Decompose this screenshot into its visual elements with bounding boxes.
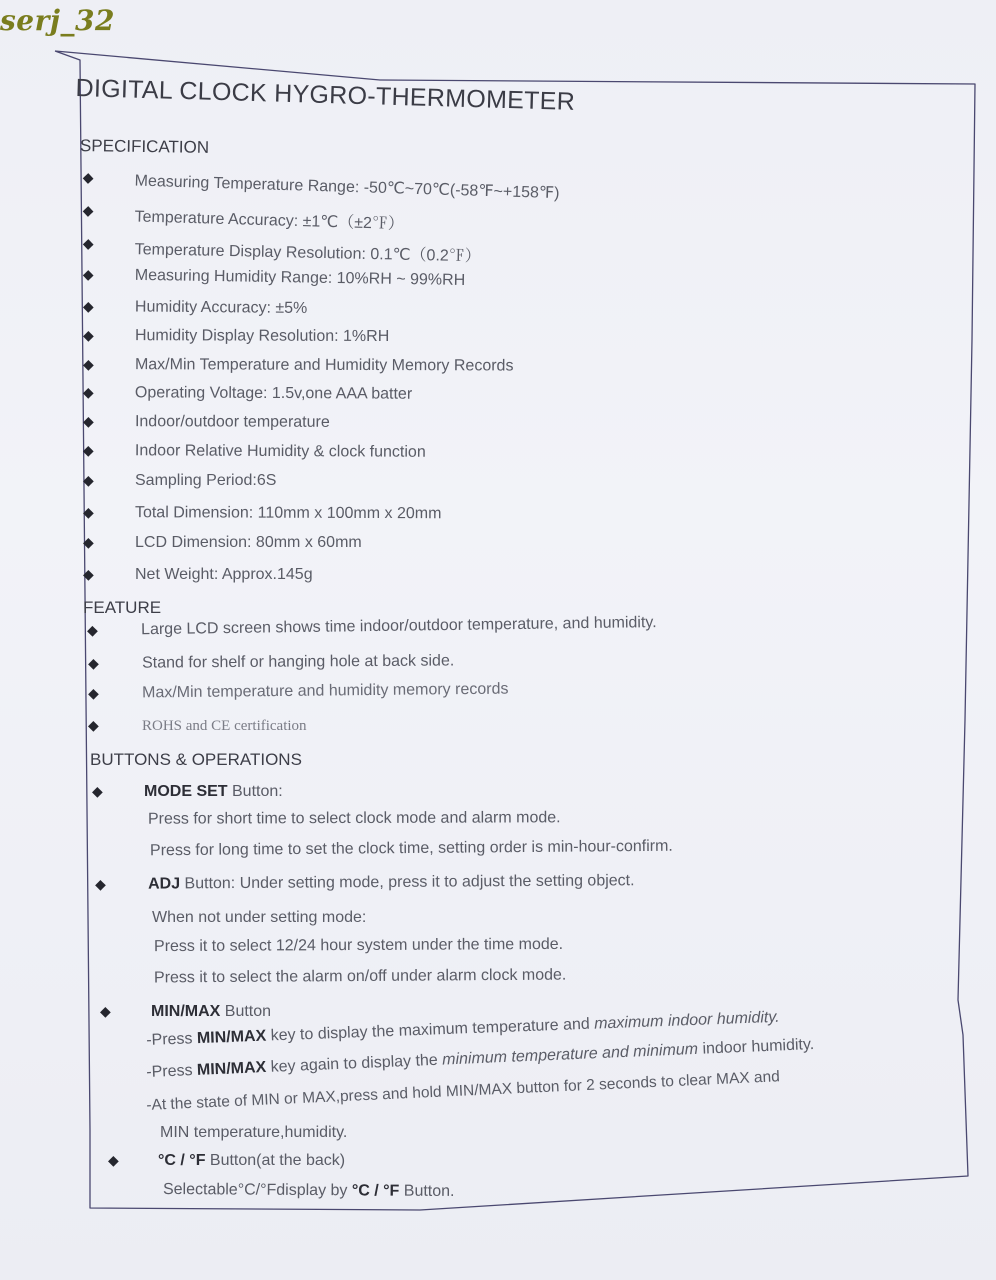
specification-heading: SPECIFICATION (80, 136, 209, 158)
adj-line: When not under setting mode: (152, 909, 366, 927)
diamond-bullet-icon: ◆ (88, 685, 99, 702)
diamond-bullet-icon: ◆ (92, 783, 103, 800)
mode-set-label: Button: (228, 783, 283, 800)
spec-item-text: Net Weight: Approx.145g (135, 566, 313, 584)
text: -Press (146, 1062, 197, 1081)
diamond-bullet-icon: ◆ (108, 1152, 119, 1169)
adj-label: Button: Under setting mode, press it to … (180, 872, 635, 892)
diamond-bullet-icon: ◆ (83, 472, 94, 489)
buttons-heading: BUTTONS & OPERATIONS (90, 750, 302, 770)
spec-item-text: Humidity Accuracy: ±5% (135, 298, 308, 318)
feature-item-text: Max/Min temperature and humidity memory … (142, 681, 509, 703)
text: -Press (146, 1030, 197, 1049)
diamond-bullet-icon: ◆ (83, 298, 94, 315)
diamond-bullet-icon: ◆ (95, 876, 106, 893)
spec-item-text: Indoor/outdoor temperature (135, 413, 330, 432)
feature-item-text: Stand for shelf or hanging hole at back … (142, 652, 454, 672)
spec-item-text: Indoor Relative Humidity & clock functio… (135, 442, 426, 462)
cf-name: °C / °F (158, 1152, 205, 1169)
cf-line: Selectable°C/°Fdisplay by °C / °F Button… (163, 1181, 455, 1201)
text: Selectable°C/°Fdisplay by (163, 1181, 352, 1199)
adj-line: Press it to select the alarm on/off unde… (154, 967, 566, 988)
diamond-bullet-icon: ◆ (83, 235, 94, 252)
minmax-key: MIN/MAX (197, 1059, 267, 1079)
diamond-bullet-icon: ◆ (88, 718, 99, 735)
diamond-bullet-icon: ◆ (83, 327, 94, 344)
mode-set-line: Press for short time to select clock mod… (148, 809, 561, 828)
diamond-bullet-icon: ◆ (87, 622, 98, 639)
minmax-name: MIN/MAX (151, 1003, 220, 1020)
diamond-bullet-icon: ◆ (83, 442, 94, 459)
diamond-bullet-icon: ◆ (82, 169, 93, 186)
cf-key: °C / °F (352, 1182, 400, 1199)
diamond-bullet-icon: ◆ (100, 1003, 111, 1020)
minmax-line-4: MIN temperature,humidity. (160, 1124, 347, 1142)
text: indoor humidity. (698, 1036, 815, 1058)
diamond-bullet-icon: ◆ (83, 202, 94, 219)
text: Button. (399, 1183, 454, 1200)
cf-label: Button(at the back) (205, 1152, 345, 1169)
minmax-key: MIN/MAX (197, 1028, 267, 1048)
diamond-bullet-icon: ◆ (83, 356, 94, 373)
diamond-bullet-icon: ◆ (83, 566, 94, 583)
minmax-label: Button (220, 1003, 271, 1020)
diamond-bullet-icon: ◆ (83, 534, 94, 551)
spec-item-text: Operating Voltage: 1.5v,one AAA batter (135, 384, 412, 403)
diamond-bullet-icon: ◆ (83, 384, 94, 401)
diamond-bullet-icon: ◆ (83, 413, 94, 430)
spec-item-text: LCD Dimension: 80mm x 60mm (135, 534, 362, 552)
spec-item-text: Sampling Period:6S (135, 472, 276, 490)
spec-item-text: Max/Min Temperature and Humidity Memory … (135, 356, 514, 375)
adj-line: Press it to select 12/24 hour system und… (154, 936, 563, 956)
spec-item-text: Humidity Display Resolution: 1%RH (135, 327, 389, 346)
diamond-bullet-icon: ◆ (83, 266, 94, 283)
diamond-bullet-icon: ◆ (88, 655, 99, 672)
spec-item-text: Total Dimension: 110mm x 100mm x 20mm (135, 504, 442, 523)
diamond-bullet-icon: ◆ (83, 504, 94, 521)
feature-heading: FEATURE (83, 598, 161, 618)
mode-set-name: MODE SET (144, 783, 228, 800)
feature-item-text: ROHS and CE certification (142, 718, 307, 735)
manual-sheet: DIGITAL CLOCK HYGRO-THERMOMETER SPECIFIC… (0, 0, 996, 1280)
adj-name: ADJ (148, 875, 180, 892)
